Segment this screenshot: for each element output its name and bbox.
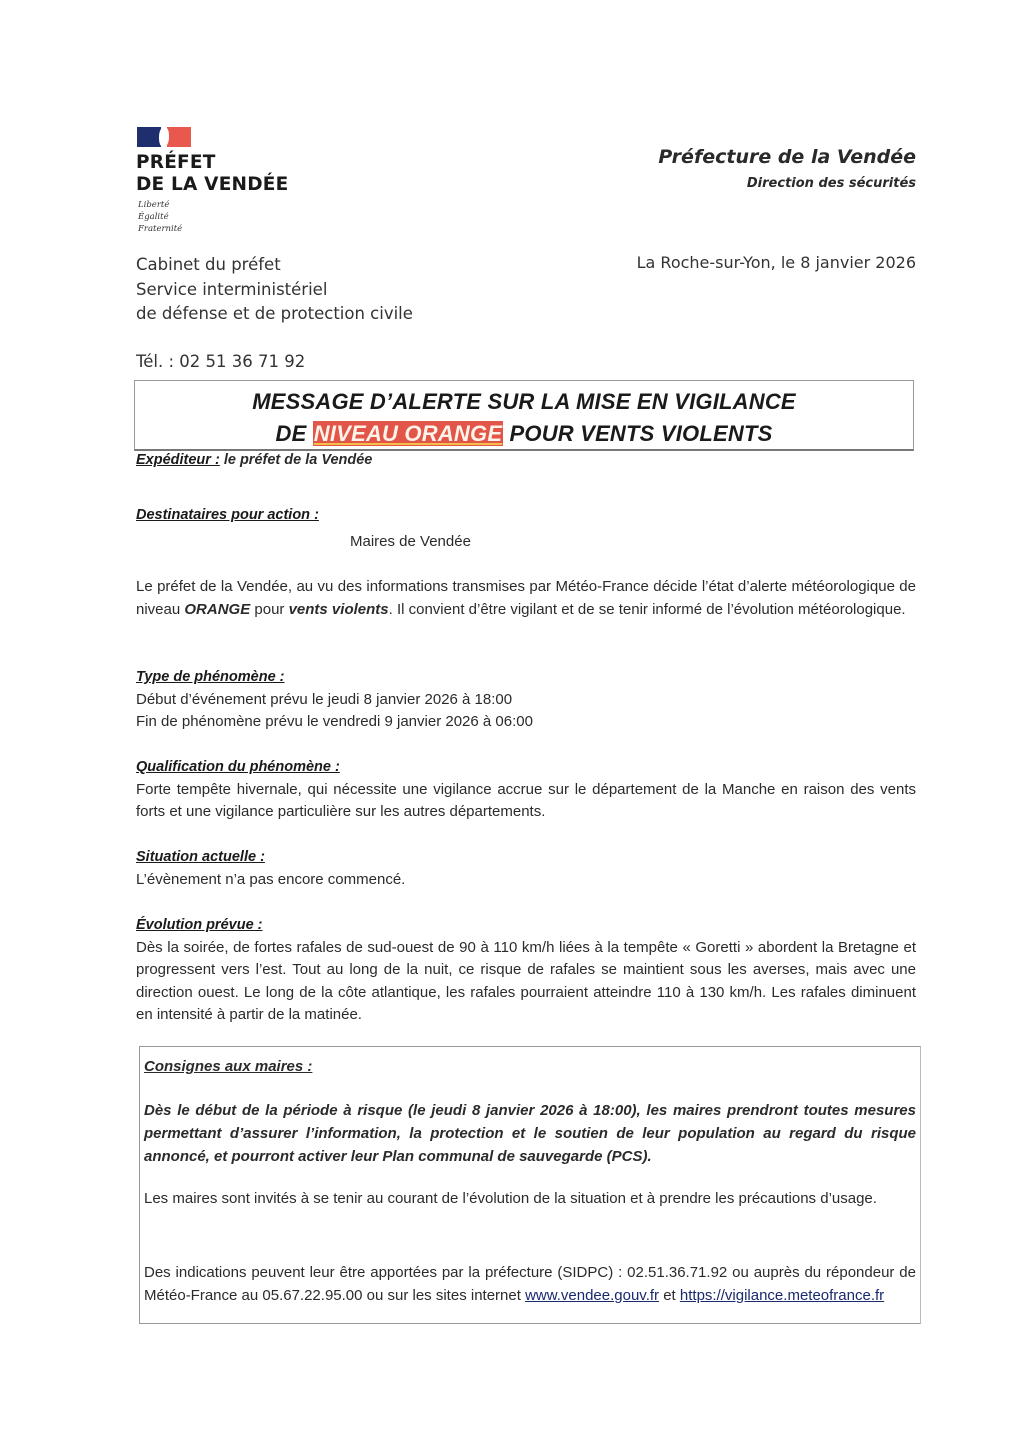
direction-name: Direction des sécurités [747,176,916,191]
type-phenomene-section: Type de phénomène : Début d’événement pr… [136,666,916,734]
debut-evenement: Début d’événement prévu le jeudi 8 janvi… [136,689,916,712]
intro-paragraph: Le préfet de la Vendée, au vu des inform… [136,576,916,621]
alert-title: MESSAGE D’ALERTE SUR LA MISE EN VIGILANC… [135,386,913,450]
phenomenon: vents violents [289,601,389,618]
consignes-text-2: Les maires sont invités à se tenir au co… [144,1187,916,1210]
place-date: La Roche-sur-Yon, le 8 janvier 2026 [637,253,916,272]
prefet-line2: DE LA VENDÉE [136,174,288,196]
prefet-line1: PRÉFET [136,152,288,174]
devise-egalite: Égalité [138,211,182,223]
service-line: de défense et de protection civile [136,302,413,327]
devise-fraternite: Fraternité [138,223,182,235]
prefet-title: PRÉFET DE LA VENDÉE [136,152,288,196]
consignes-text-3: Des indications peuvent leur être apport… [144,1261,916,1307]
prefecture-name: Préfecture de la Vendée [658,146,916,168]
destinataires-label: Destinataires pour action : [136,507,319,523]
qualification-section: Qualification du phénomène : Forte tempê… [136,756,916,824]
destinataires-value: Maires de Vendée [350,533,471,550]
devise: Liberté Égalité Fraternité [138,199,182,235]
vendee-gouv-link[interactable]: www.vendee.gouv.fr [525,1287,659,1304]
service-block: Cabinet du préfet Service interministéri… [136,253,413,327]
consignes-box: Consignes aux maires : Dès le début de l… [139,1046,921,1324]
consignes-main-text: Dès le début de la période à risque (le … [144,1099,916,1168]
qualification-text: Forte tempête hivernale, qui nécessite u… [136,779,916,824]
orange-level-highlight: NIVEAU ORANGE [313,421,503,446]
alert-level: ORANGE [184,601,250,618]
alert-title-box: MESSAGE D’ALERTE SUR LA MISE EN VIGILANC… [134,380,914,451]
service-line: Service interministériel [136,278,413,303]
marianne-flag-icon [137,127,191,147]
alert-title-line1: MESSAGE D’ALERTE SUR LA MISE EN VIGILANC… [135,386,913,418]
situation-section: Situation actuelle : L’évènement n’a pas… [136,846,916,891]
devise-liberte: Liberté [138,199,182,211]
type-phenomene-label: Type de phénomène : [136,666,916,689]
evolution-section: Évolution prévue : Dès la soirée, de for… [136,914,916,1027]
expediteur-value: le préfet de la Vendée [220,452,373,468]
destinataires: Destinataires pour action : [136,506,319,523]
expediteur: Expéditeur : le préfet de la Vendée [136,452,372,468]
evolution-label: Évolution prévue : [136,914,916,937]
alert-title-line2: DE NIVEAU ORANGE POUR VENTS VIOLENTS [135,418,913,450]
evolution-text: Dès la soirée, de fortes rafales de sud-… [136,937,916,1027]
service-line: Cabinet du préfet [136,253,413,278]
fin-phenomene: Fin de phénomène prévu le vendredi 9 jan… [136,711,916,734]
expediteur-label: Expéditeur : [136,452,220,468]
consignes-label: Consignes aux maires : [144,1055,312,1078]
qualification-label: Qualification du phénomène : [136,756,916,779]
telephone: Tél. : 02 51 36 71 92 [136,352,305,371]
situation-label: Situation actuelle : [136,846,916,869]
vigilance-meteofrance-link[interactable]: https://vigilance.meteofrance.fr [680,1287,884,1304]
situation-text: L’évènement n’a pas encore commencé. [136,869,916,892]
